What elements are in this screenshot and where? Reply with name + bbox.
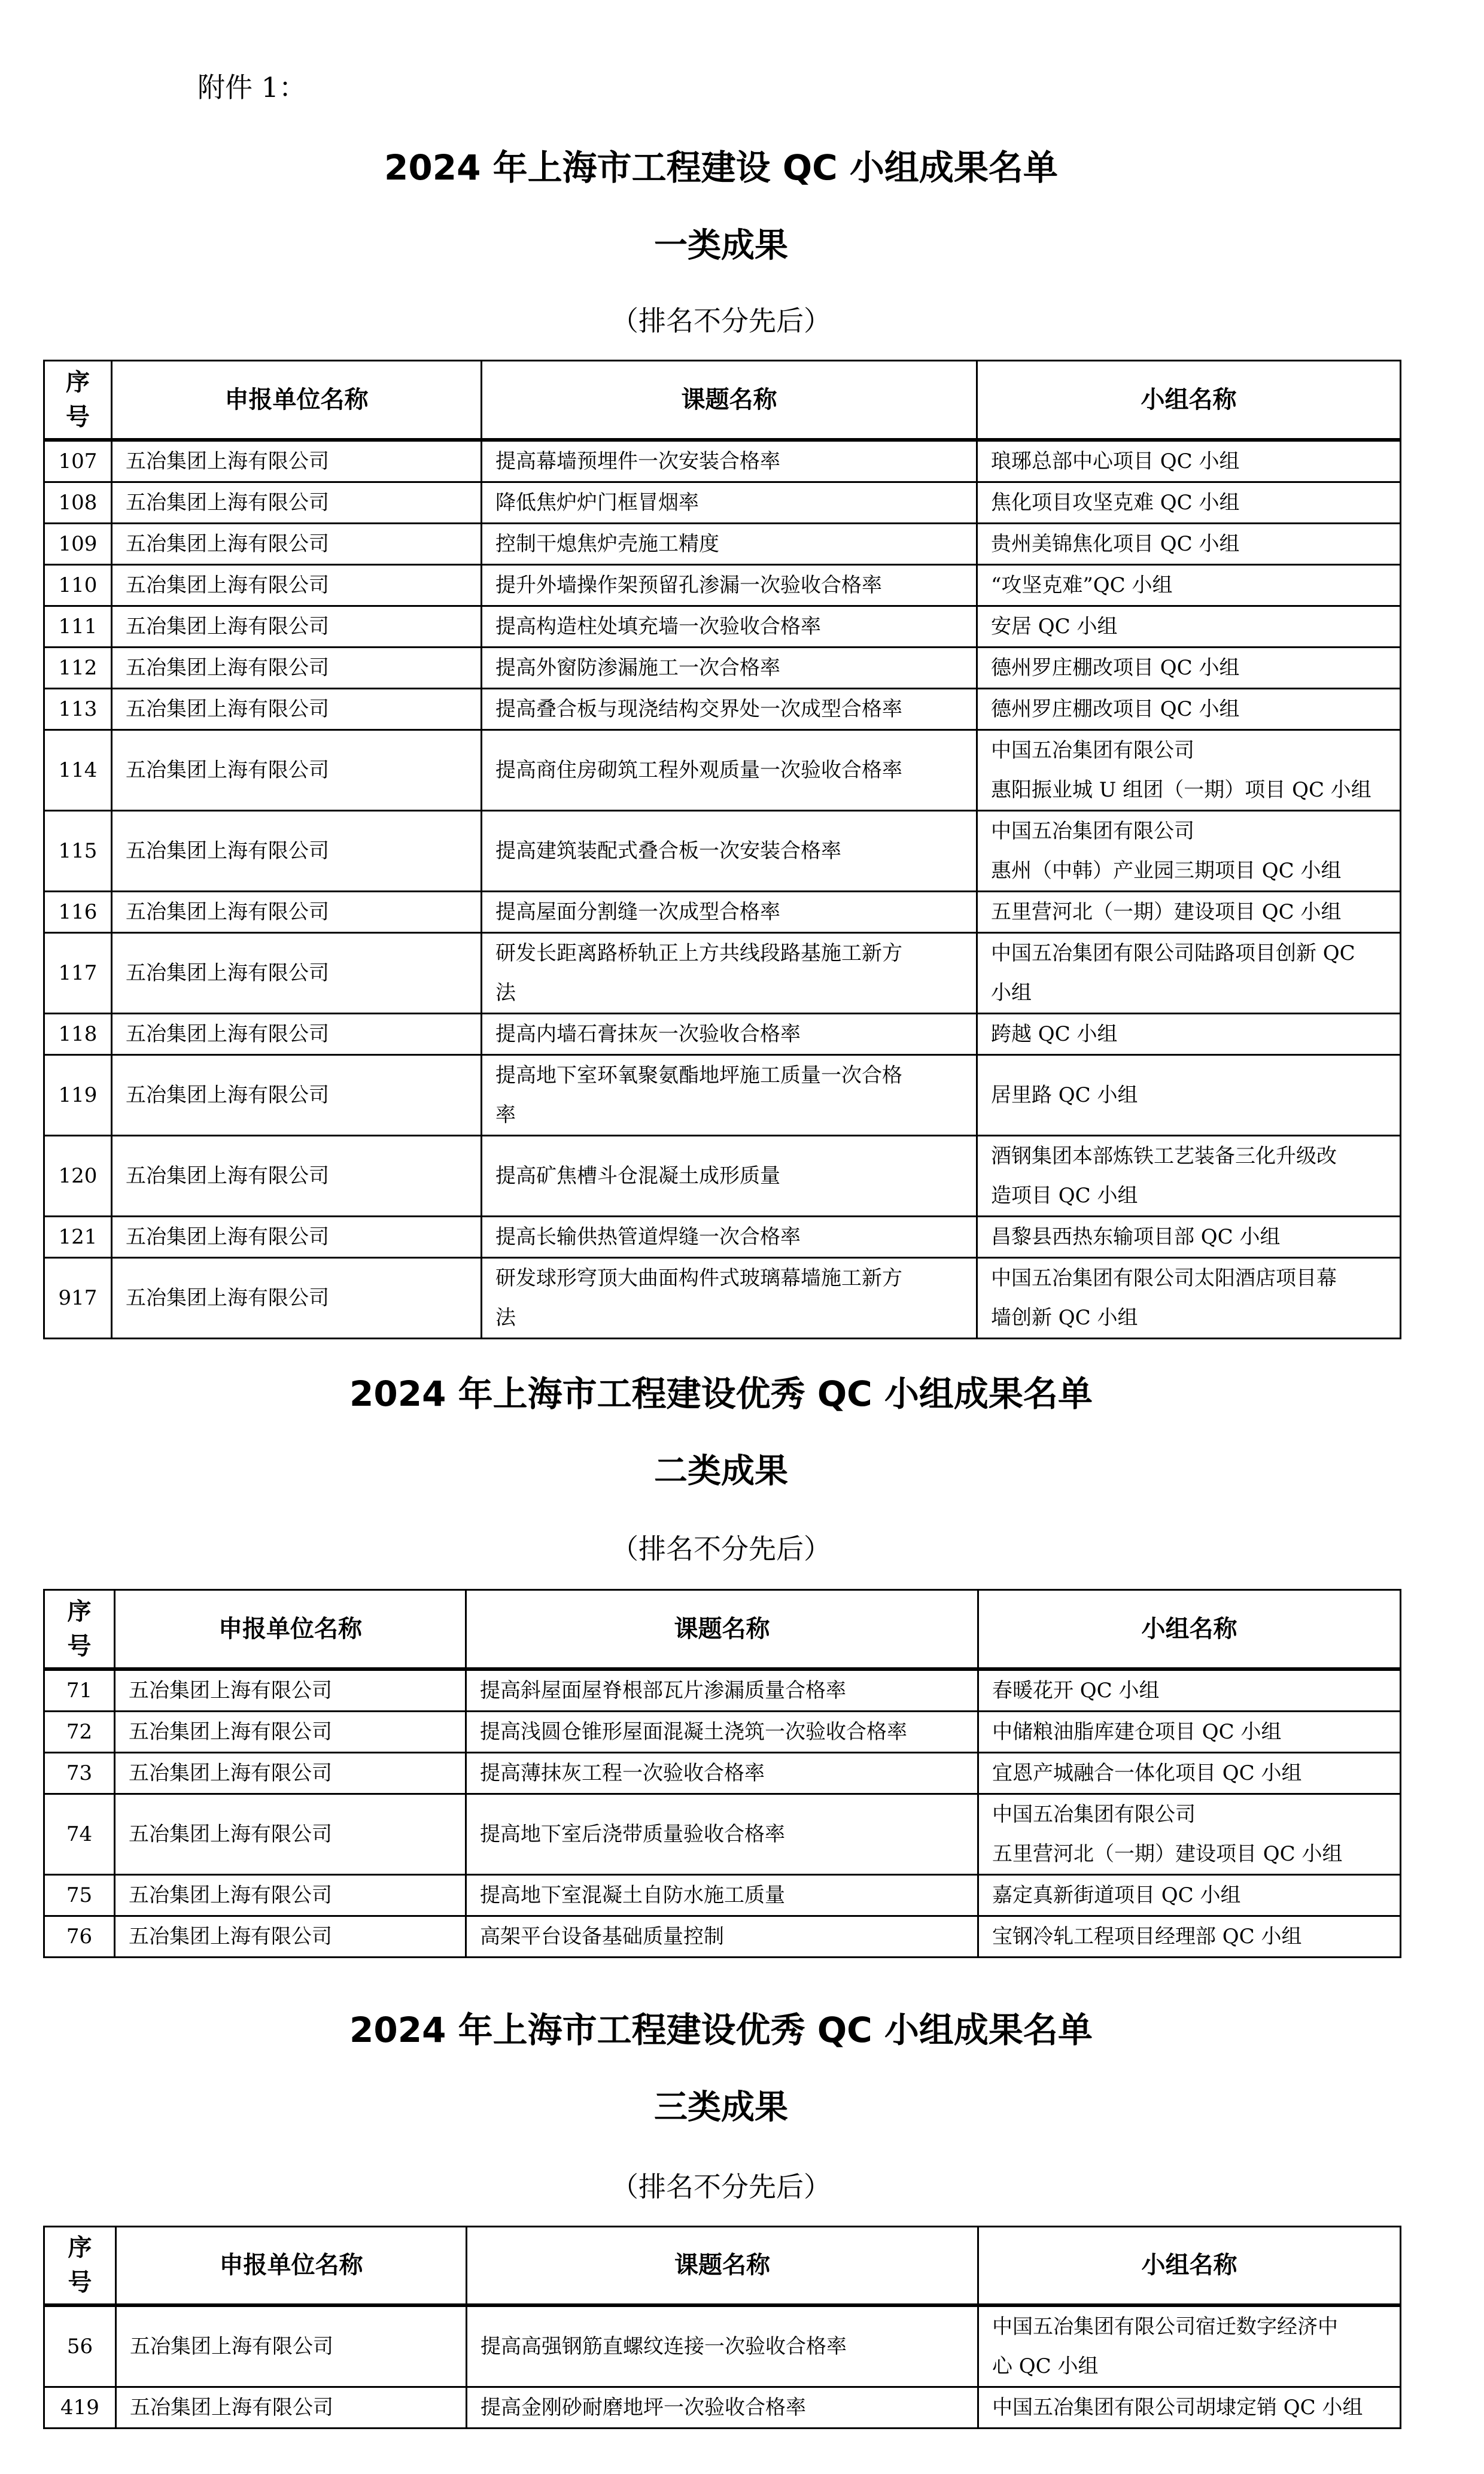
cell-group: 贵州美锦焦化项目 QC 小组: [977, 523, 1401, 564]
cell-topic: 提高浅圆仓锥形屋面混凝土浇筑一次验收合格率: [466, 1711, 978, 1752]
cell-group-line: 跨越 QC 小组: [991, 1014, 1400, 1054]
results-table-class-3: 序号 申报单位名称 课题名称 小组名称 56五冶集团上海有限公司提高高强钢筋直螺…: [43, 2226, 1401, 2429]
cell-topic: 提高地下室混凝土自防水施工质量: [466, 1874, 978, 1916]
cell-seq: 109: [44, 523, 112, 564]
table-row: 73五冶集团上海有限公司提高薄抹灰工程一次验收合格率宜恩产城融合一体化项目 QC…: [44, 1752, 1401, 1794]
cell-topic: 降低焦炉炉门框冒烟率: [482, 482, 977, 523]
table-row: 72五冶集团上海有限公司提高浅圆仓锥形屋面混凝土浇筑一次验收合格率中储粮油脂库建…: [44, 1711, 1401, 1752]
cell-topic: 控制干熄焦炉壳施工精度: [482, 523, 977, 564]
section-3-subtitle: 三类成果: [0, 2087, 1442, 2129]
cell-group-line: 德州罗庄棚改项目 QC 小组: [991, 689, 1400, 729]
cell-unit: 五冶集团上海有限公司: [115, 1752, 466, 1794]
cell-topic: 研发长距离路桥轨正上方共线段路基施工新方法: [482, 932, 977, 1013]
section-1-subtitle: 一类成果: [0, 225, 1442, 267]
cell-group-line: 焦化项目攻坚克难 QC 小组: [991, 483, 1400, 522]
cell-group-line: 小组: [991, 973, 1400, 1013]
header-unit: 申报单位名称: [112, 361, 482, 440]
cell-topic: 提高金刚砂耐磨地坪一次验收合格率: [467, 2387, 978, 2428]
cell-topic-line: 提高薄抹灰工程一次验收合格率: [480, 1753, 977, 1793]
cell-group: 安居 QC 小组: [977, 606, 1401, 647]
cell-topic-line: 提高地下室混凝土自防水施工质量: [480, 1876, 977, 1915]
cell-topic-line: 提高外窗防渗漏施工一次合格率: [495, 648, 976, 688]
cell-group-line: 惠阳振业城 U 组团（一期）项目 QC 小组: [991, 770, 1400, 810]
cell-group: 中国五冶集团有限公司五里营河北（一期）建设项目 QC 小组: [978, 1794, 1401, 1874]
results-table-class-2: 序号 申报单位名称 课题名称 小组名称 71五冶集团上海有限公司提高斜屋面屋脊根…: [43, 1589, 1401, 1958]
table-row: 74五冶集团上海有限公司提高地下室后浇带质量验收合格率中国五冶集团有限公司五里营…: [44, 1794, 1401, 1874]
table-row: 116五冶集团上海有限公司提高屋面分割缝一次成型合格率五里营河北（一期）建设项目…: [44, 891, 1401, 932]
cell-unit: 五冶集团上海有限公司: [112, 606, 482, 647]
table-row: 71五冶集团上海有限公司提高斜屋面屋脊根部瓦片渗漏质量合格率春暖花开 QC 小组: [44, 1669, 1401, 1712]
cell-group-line: 安居 QC 小组: [991, 607, 1400, 646]
table-row: 56五冶集团上海有限公司提高高强钢筋直螺纹连接一次验收合格率中国五冶集团有限公司…: [44, 2305, 1401, 2387]
cell-unit: 五冶集团上海有限公司: [112, 932, 482, 1013]
cell-topic-line: 研发球形穹顶大曲面构件式玻璃幕墙施工新方: [495, 1259, 976, 1298]
cell-seq: 72: [44, 1711, 115, 1752]
cell-group-line: 宜恩产城融合一体化项目 QC 小组: [992, 1753, 1400, 1793]
cell-group-line: “攻坚克难”QC 小组: [991, 566, 1400, 605]
cell-topic-line: 提高构造柱处填充墙一次验收合格率: [495, 607, 976, 646]
cell-topic-line: 提高金刚砂耐磨地坪一次验收合格率: [481, 2388, 977, 2427]
header-group: 小组名称: [977, 361, 1401, 440]
cell-topic-line: 控制干熄焦炉壳施工精度: [495, 524, 976, 564]
section-3-title: 2024 年上海市工程建设优秀 QC 小组成果名单: [0, 2009, 1442, 2051]
cell-topic: 提高高强钢筋直螺纹连接一次验收合格率: [467, 2305, 978, 2387]
cell-group: 宜恩产城融合一体化项目 QC 小组: [978, 1752, 1401, 1794]
section-2-title: 2024 年上海市工程建设优秀 QC 小组成果名单: [0, 1373, 1442, 1415]
table-row: 115五冶集团上海有限公司提高建筑装配式叠合板一次安装合格率中国五冶集团有限公司…: [44, 810, 1401, 891]
cell-group: 中国五冶集团有限公司胡埭定销 QC 小组: [978, 2387, 1401, 2428]
cell-group: 酒钢集团本部炼铁工艺装备三化升级改造项目 QC 小组: [977, 1135, 1401, 1216]
results-table-class-1: 序号 申报单位名称 课题名称 小组名称 107五冶集团上海有限公司提高幕墙预埋件…: [43, 360, 1401, 1339]
cell-group-line: 中国五冶集团有限公司胡埭定销 QC 小组: [992, 2388, 1400, 2427]
cell-group-line: 昌黎县西热东输项目部 QC 小组: [991, 1217, 1400, 1257]
table-row: 112五冶集团上海有限公司提高外窗防渗漏施工一次合格率德州罗庄棚改项目 QC 小…: [44, 647, 1401, 688]
cell-topic-line: 提高地下室后浇带质量验收合格率: [480, 1815, 977, 1854]
cell-seq: 117: [44, 932, 112, 1013]
table-row: 121五冶集团上海有限公司提高长输供热管道焊缝一次合格率昌黎县西热东输项目部 Q…: [44, 1216, 1401, 1257]
cell-topic: 提高矿焦槽斗仓混凝土成形质量: [482, 1135, 977, 1216]
cell-seq: 76: [44, 1916, 115, 1957]
table-row: 113五冶集团上海有限公司提高叠合板与现浇结构交界处一次成型合格率德州罗庄棚改项…: [44, 688, 1401, 730]
cell-topic-line: 法: [495, 973, 976, 1013]
header-topic: 课题名称: [482, 361, 977, 440]
table-header-row: 序号 申报单位名称 课题名称 小组名称: [44, 1590, 1401, 1669]
cell-topic: 提高幕墙预埋件一次安装合格率: [482, 440, 977, 482]
cell-seq: 118: [44, 1013, 112, 1054]
cell-seq: 108: [44, 482, 112, 523]
cell-seq: 73: [44, 1752, 115, 1794]
table-row: 111五冶集团上海有限公司提高构造柱处填充墙一次验收合格率安居 QC 小组: [44, 606, 1401, 647]
cell-unit: 五冶集团上海有限公司: [112, 730, 482, 810]
cell-topic: 提高地下室环氧聚氨酯地坪施工质量一次合格率: [482, 1054, 977, 1135]
cell-topic-line: 提高斜屋面屋脊根部瓦片渗漏质量合格率: [480, 1671, 977, 1710]
cell-group-line: 中国五冶集团有限公司: [991, 731, 1400, 770]
cell-group-line: 琅琊总部中心项目 QC 小组: [991, 442, 1400, 481]
table-header-row: 序号 申报单位名称 课题名称 小组名称: [44, 361, 1401, 440]
table-row: 119五冶集团上海有限公司提高地下室环氧聚氨酯地坪施工质量一次合格率居里路 QC…: [44, 1054, 1401, 1135]
cell-group: 琅琊总部中心项目 QC 小组: [977, 440, 1401, 482]
cell-topic-line: 提高地下室环氧聚氨酯地坪施工质量一次合格: [495, 1056, 976, 1095]
cell-unit: 五冶集团上海有限公司: [115, 1794, 466, 1874]
cell-group: 中储粮油脂库建仓项目 QC 小组: [978, 1711, 1401, 1752]
cell-group-line: 嘉定真新街道项目 QC 小组: [992, 1876, 1400, 1915]
cell-topic: 提高叠合板与现浇结构交界处一次成型合格率: [482, 688, 977, 730]
cell-topic: 提升外墙操作架预留孔渗漏一次验收合格率: [482, 564, 977, 606]
cell-group-line: 中国五冶集团有限公司: [991, 812, 1400, 851]
header-seq: 序号: [44, 2227, 116, 2305]
header-seq: 序号: [44, 361, 112, 440]
table-row: 107五冶集团上海有限公司提高幕墙预埋件一次安装合格率琅琊总部中心项目 QC 小…: [44, 440, 1401, 482]
cell-group-line: 五里营河北（一期）建设项目 QC 小组: [991, 892, 1400, 932]
table-row: 75五冶集团上海有限公司提高地下室混凝土自防水施工质量嘉定真新街道项目 QC 小…: [44, 1874, 1401, 1916]
section-3-note: （排名不分先后）: [0, 2169, 1442, 2205]
cell-unit: 五冶集团上海有限公司: [112, 440, 482, 482]
cell-topic-line: 提高建筑装配式叠合板一次安装合格率: [495, 831, 976, 871]
cell-topic: 提高薄抹灰工程一次验收合格率: [466, 1752, 978, 1794]
cell-unit: 五冶集团上海有限公司: [112, 1135, 482, 1216]
attachment-label: 附件 1：: [197, 71, 306, 104]
cell-group: 中国五冶集团有限公司太阳酒店项目幕墙创新 QC 小组: [977, 1257, 1401, 1338]
cell-unit: 五冶集团上海有限公司: [115, 1669, 466, 1712]
cell-topic-line: 提高商住房砌筑工程外观质量一次验收合格率: [495, 750, 976, 790]
table-row: 118五冶集团上海有限公司提高内墙石膏抹灰一次验收合格率跨越 QC 小组: [44, 1013, 1401, 1054]
cell-group-line: 中储粮油脂库建仓项目 QC 小组: [992, 1712, 1400, 1752]
cell-unit: 五冶集团上海有限公司: [115, 1916, 466, 1957]
cell-unit: 五冶集团上海有限公司: [112, 482, 482, 523]
cell-topic-line: 提高内墙石膏抹灰一次验收合格率: [495, 1014, 976, 1054]
cell-unit: 五冶集团上海有限公司: [112, 810, 482, 891]
cell-group-line: 中国五冶集团有限公司宿迁数字经济中: [992, 2307, 1400, 2347]
cell-group-line: 中国五冶集团有限公司太阳酒店项目幕: [991, 1259, 1400, 1298]
cell-topic: 研发球形穹顶大曲面构件式玻璃幕墙施工新方法: [482, 1257, 977, 1338]
table-row: 419五冶集团上海有限公司提高金刚砂耐磨地坪一次验收合格率中国五冶集团有限公司胡…: [44, 2387, 1401, 2428]
cell-group-line: 心 QC 小组: [992, 2347, 1400, 2386]
cell-group: 嘉定真新街道项目 QC 小组: [978, 1874, 1401, 1916]
cell-group: 焦化项目攻坚克难 QC 小组: [977, 482, 1401, 523]
cell-seq: 114: [44, 730, 112, 810]
cell-seq: 110: [44, 564, 112, 606]
cell-topic: 提高斜屋面屋脊根部瓦片渗漏质量合格率: [466, 1669, 978, 1712]
cell-seq: 917: [44, 1257, 112, 1338]
cell-group: 春暖花开 QC 小组: [978, 1669, 1401, 1712]
cell-topic-line: 率: [495, 1095, 976, 1135]
table-row: 108五冶集团上海有限公司降低焦炉炉门框冒烟率焦化项目攻坚克难 QC 小组: [44, 482, 1401, 523]
cell-seq: 56: [44, 2305, 116, 2387]
cell-group: 德州罗庄棚改项目 QC 小组: [977, 688, 1401, 730]
cell-seq: 115: [44, 810, 112, 891]
cell-topic-line: 降低焦炉炉门框冒烟率: [495, 483, 976, 522]
cell-seq: 116: [44, 891, 112, 932]
cell-group: 中国五冶集团有限公司惠州（中韩）产业园三期项目 QC 小组: [977, 810, 1401, 891]
cell-topic: 提高外窗防渗漏施工一次合格率: [482, 647, 977, 688]
cell-topic-line: 高架平台设备基础质量控制: [480, 1917, 977, 1956]
cell-group: 宝钢冷轧工程项目经理部 QC 小组: [978, 1916, 1401, 1957]
cell-group-line: 居里路 QC 小组: [991, 1075, 1400, 1115]
cell-group: 跨越 QC 小组: [977, 1013, 1401, 1054]
cell-topic-line: 提升外墙操作架预留孔渗漏一次验收合格率: [495, 566, 976, 605]
cell-seq: 112: [44, 647, 112, 688]
cell-unit: 五冶集团上海有限公司: [112, 1257, 482, 1338]
cell-group: 德州罗庄棚改项目 QC 小组: [977, 647, 1401, 688]
cell-seq: 111: [44, 606, 112, 647]
cell-unit: 五冶集团上海有限公司: [115, 1874, 466, 1916]
cell-topic-line: 提高幕墙预埋件一次安装合格率: [495, 442, 976, 481]
cell-group: 五里营河北（一期）建设项目 QC 小组: [977, 891, 1401, 932]
cell-unit: 五冶集团上海有限公司: [112, 891, 482, 932]
header-unit: 申报单位名称: [116, 2227, 467, 2305]
cell-group-line: 中国五冶集团有限公司: [992, 1795, 1400, 1834]
cell-topic-line: 提高浅圆仓锥形屋面混凝土浇筑一次验收合格率: [480, 1712, 977, 1752]
cell-topic-line: 研发长距离路桥轨正上方共线段路基施工新方: [495, 934, 976, 973]
table-row: 117五冶集团上海有限公司研发长距离路桥轨正上方共线段路基施工新方法中国五冶集团…: [44, 932, 1401, 1013]
cell-unit: 五冶集团上海有限公司: [115, 1711, 466, 1752]
table-row: 110五冶集团上海有限公司提升外墙操作架预留孔渗漏一次验收合格率“攻坚克难”QC…: [44, 564, 1401, 606]
header-seq: 序号: [44, 1590, 115, 1669]
cell-group-line: 贵州美锦焦化项目 QC 小组: [991, 524, 1400, 564]
cell-group-line: 五里营河北（一期）建设项目 QC 小组: [992, 1834, 1400, 1874]
cell-seq: 419: [44, 2387, 116, 2428]
cell-unit: 五冶集团上海有限公司: [112, 564, 482, 606]
cell-unit: 五冶集团上海有限公司: [116, 2387, 467, 2428]
cell-seq: 107: [44, 440, 112, 482]
table-row: 120五冶集团上海有限公司提高矿焦槽斗仓混凝土成形质量酒钢集团本部炼铁工艺装备三…: [44, 1135, 1401, 1216]
cell-group-line: 德州罗庄棚改项目 QC 小组: [991, 648, 1400, 688]
cell-unit: 五冶集团上海有限公司: [112, 1216, 482, 1257]
cell-group: 居里路 QC 小组: [977, 1054, 1401, 1135]
section-2-subtitle: 二类成果: [0, 1451, 1442, 1493]
cell-topic: 提高地下室后浇带质量验收合格率: [466, 1794, 978, 1874]
header-group: 小组名称: [978, 1590, 1401, 1669]
cell-seq: 71: [44, 1669, 115, 1712]
cell-unit: 五冶集团上海有限公司: [112, 1013, 482, 1054]
table-row: 917五冶集团上海有限公司研发球形穹顶大曲面构件式玻璃幕墙施工新方法中国五冶集团…: [44, 1257, 1401, 1338]
cell-seq: 75: [44, 1874, 115, 1916]
cell-group-line: 宝钢冷轧工程项目经理部 QC 小组: [992, 1917, 1400, 1956]
section-1-note: （排名不分先后）: [0, 303, 1442, 339]
cell-topic: 提高长输供热管道焊缝一次合格率: [482, 1216, 977, 1257]
cell-topic-line: 提高叠合板与现浇结构交界处一次成型合格率: [495, 689, 976, 729]
cell-topic: 提高商住房砌筑工程外观质量一次验收合格率: [482, 730, 977, 810]
cell-group-line: 墙创新 QC 小组: [991, 1298, 1400, 1338]
header-group: 小组名称: [978, 2227, 1401, 2305]
cell-topic-line: 法: [495, 1298, 976, 1338]
cell-topic: 提高构造柱处填充墙一次验收合格率: [482, 606, 977, 647]
header-topic: 课题名称: [466, 1590, 978, 1669]
cell-group-line: 惠州（中韩）产业园三期项目 QC 小组: [991, 851, 1400, 890]
cell-topic-line: 提高高强钢筋直螺纹连接一次验收合格率: [481, 2327, 977, 2366]
cell-unit: 五冶集团上海有限公司: [116, 2305, 467, 2387]
cell-group: 昌黎县西热东输项目部 QC 小组: [977, 1216, 1401, 1257]
table-row: 114五冶集团上海有限公司提高商住房砌筑工程外观质量一次验收合格率中国五冶集团有…: [44, 730, 1401, 810]
header-unit: 申报单位名称: [115, 1590, 466, 1669]
cell-seq: 74: [44, 1794, 115, 1874]
cell-unit: 五冶集团上海有限公司: [112, 647, 482, 688]
cell-group: 中国五冶集团有限公司惠阳振业城 U 组团（一期）项目 QC 小组: [977, 730, 1401, 810]
section-2-note: （排名不分先后）: [0, 1531, 1442, 1567]
cell-seq: 120: [44, 1135, 112, 1216]
cell-group: “攻坚克难”QC 小组: [977, 564, 1401, 606]
cell-unit: 五冶集团上海有限公司: [112, 1054, 482, 1135]
section-1-title: 2024 年上海市工程建设 QC 小组成果名单: [0, 147, 1442, 189]
table-header-row: 序号 申报单位名称 课题名称 小组名称: [44, 2227, 1401, 2305]
cell-topic-line: 提高长输供热管道焊缝一次合格率: [495, 1217, 976, 1257]
cell-topic: 提高屋面分割缝一次成型合格率: [482, 891, 977, 932]
table-row: 109五冶集团上海有限公司控制干熄焦炉壳施工精度贵州美锦焦化项目 QC 小组: [44, 523, 1401, 564]
cell-topic: 提高建筑装配式叠合板一次安装合格率: [482, 810, 977, 891]
cell-seq: 121: [44, 1216, 112, 1257]
cell-unit: 五冶集团上海有限公司: [112, 523, 482, 564]
cell-group: 中国五冶集团有限公司宿迁数字经济中心 QC 小组: [978, 2305, 1401, 2387]
cell-topic: 高架平台设备基础质量控制: [466, 1916, 978, 1957]
cell-topic-line: 提高屋面分割缝一次成型合格率: [495, 892, 976, 932]
cell-group: 中国五冶集团有限公司陆路项目创新 QC小组: [977, 932, 1401, 1013]
cell-topic-line: 提高矿焦槽斗仓混凝土成形质量: [495, 1156, 976, 1196]
cell-group-line: 春暖花开 QC 小组: [992, 1671, 1400, 1710]
table-row: 76五冶集团上海有限公司高架平台设备基础质量控制宝钢冷轧工程项目经理部 QC 小…: [44, 1916, 1401, 1957]
cell-unit: 五冶集团上海有限公司: [112, 688, 482, 730]
cell-group-line: 酒钢集团本部炼铁工艺装备三化升级改: [991, 1136, 1400, 1176]
header-topic: 课题名称: [467, 2227, 978, 2305]
cell-group-line: 造项目 QC 小组: [991, 1176, 1400, 1215]
cell-topic: 提高内墙石膏抹灰一次验收合格率: [482, 1013, 977, 1054]
cell-group-line: 中国五冶集团有限公司陆路项目创新 QC: [991, 934, 1400, 973]
cell-seq: 113: [44, 688, 112, 730]
cell-seq: 119: [44, 1054, 112, 1135]
